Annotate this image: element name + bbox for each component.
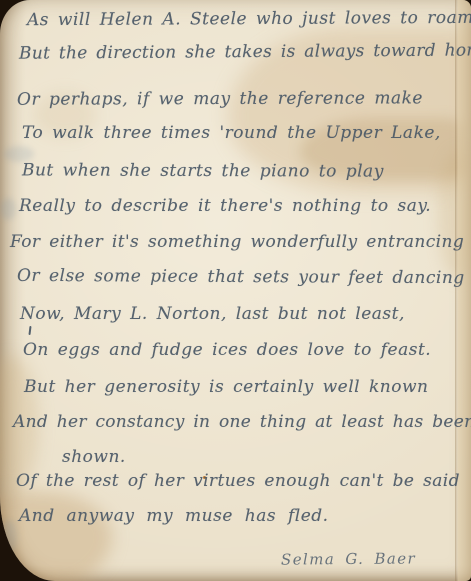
ink-bleed-ghost	[0, 198, 16, 220]
poem-line-14: Of the rest of her virtues enough can't …	[16, 470, 460, 492]
poem-line-2: But the direction she takes is always to…	[19, 39, 471, 64]
ink-bleed-ghost	[1, 520, 17, 554]
underlying-page-edge	[455, 0, 471, 581]
poem-line-10: On eggs and fudge ices does love to feas…	[23, 339, 431, 361]
poem-line-5: But when she starts the piano to play	[22, 159, 384, 182]
water-stain-right	[438, 150, 471, 280]
stray-ink-mark	[28, 326, 31, 335]
poem-line-15: And anyway my muse has fled.	[19, 505, 329, 527]
signature-name: Selma G. Baer	[281, 549, 416, 568]
album-page: As will Helen A. Steele who just loves t…	[0, 0, 471, 581]
poem-line-7: For either it's something wonderfully en…	[10, 231, 464, 253]
poem-line-1: As will Helen A. Steele who just loves t…	[27, 7, 471, 31]
poem-line-3: Or perhaps, if we may the reference make	[17, 87, 423, 110]
poem-line-12: And her constancy in one thing at least …	[13, 411, 471, 433]
poem-line-9: Now, Mary L. Norton, last but not least,	[20, 303, 405, 325]
poem-line-4: To walk three times 'round the Upper Lak…	[22, 122, 441, 144]
poem-line-6: Really to describe it there's nothing to…	[19, 195, 431, 217]
poem-line-11: But her generosity is certainly well kno…	[24, 376, 428, 398]
poem-line-13: shown.	[62, 446, 126, 468]
book-backdrop: As will Helen A. Steele who just loves t…	[0, 0, 471, 581]
poem-line-8: Or else some piece that sets your feet d…	[17, 265, 465, 289]
